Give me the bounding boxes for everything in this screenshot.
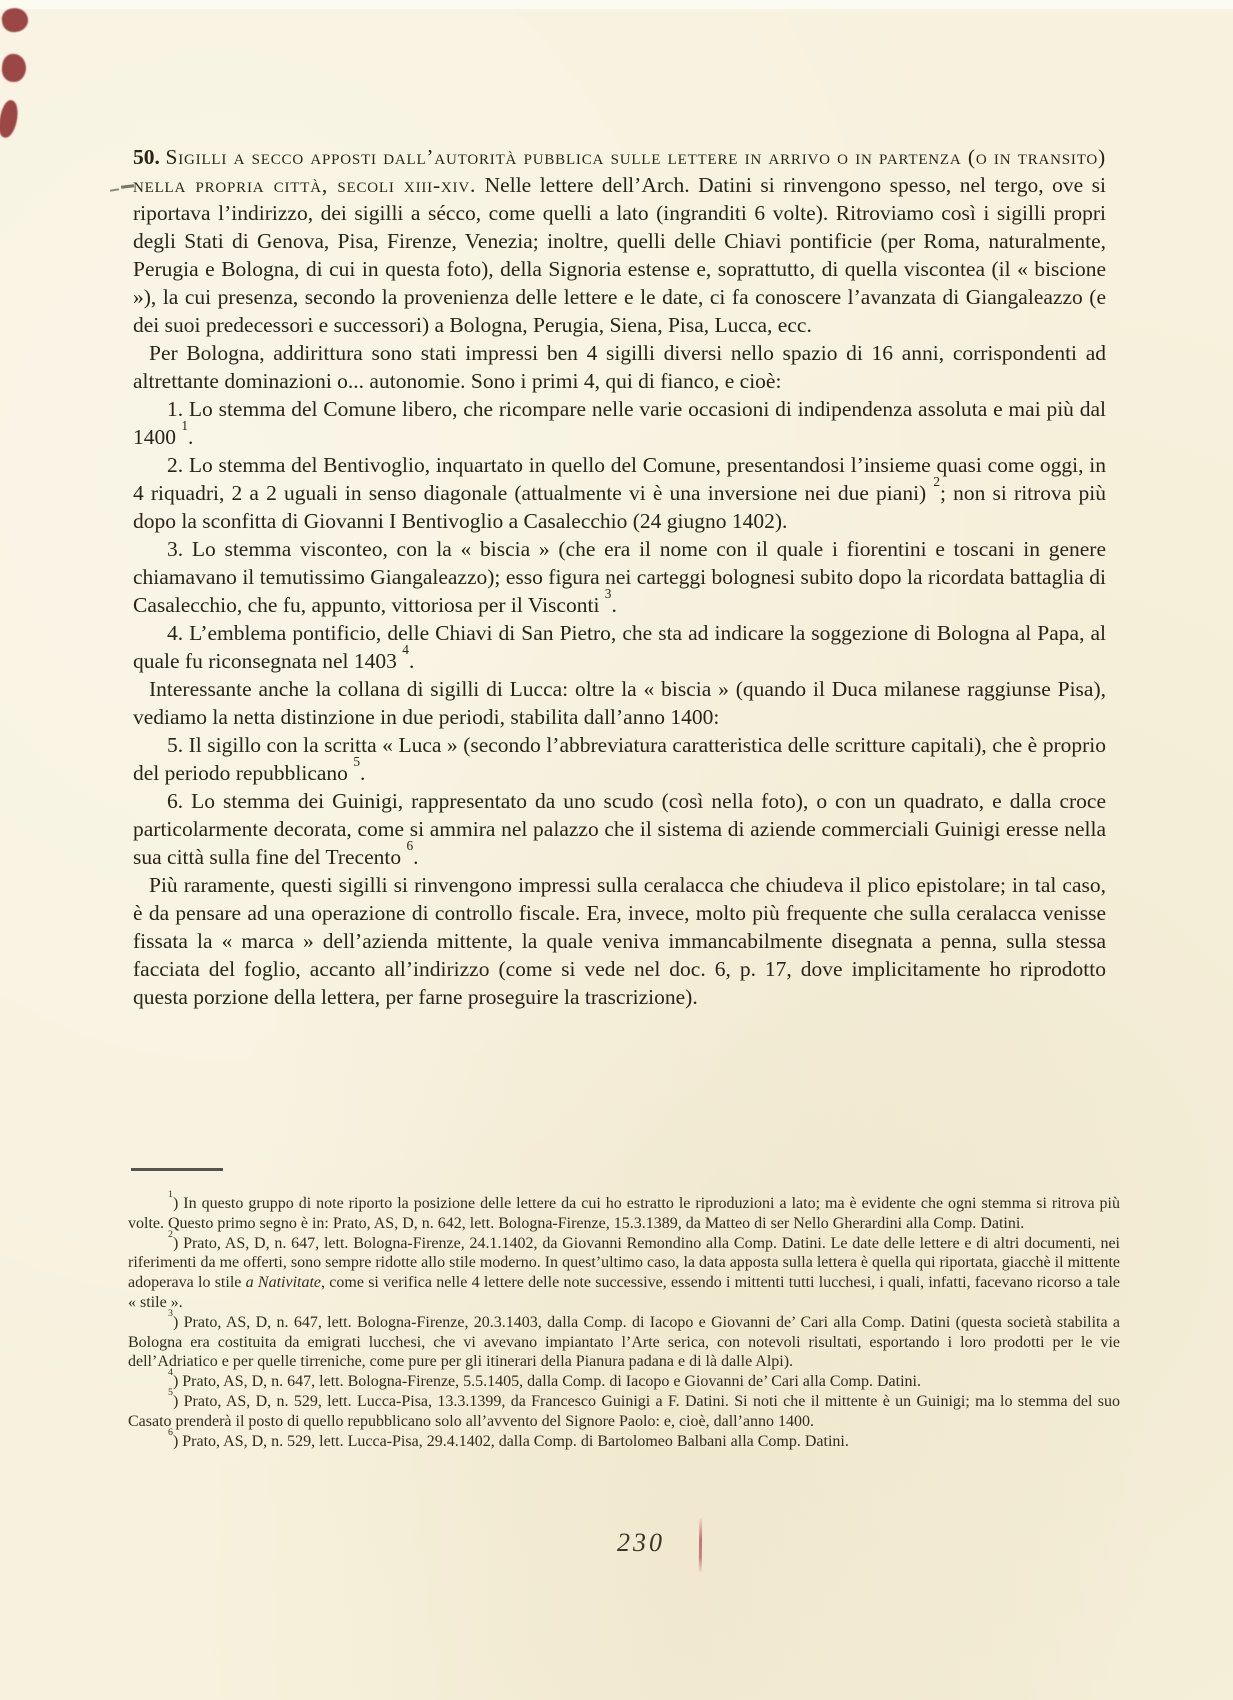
paragraph: Più raramente, questi sigilli si rinveng… <box>133 871 1106 1011</box>
footnote: 2) Prato, AS, D, n. 647, lett. Bologna-F… <box>128 1234 1120 1313</box>
footnotes: 1) In questo gruppo di note riporto la p… <box>128 1194 1120 1451</box>
paragraph: 5. Il sigillo con la scritta « Luca » (s… <box>133 731 1106 787</box>
paragraph: 6. Lo stemma dei Guinigi, rappresentato … <box>133 787 1106 871</box>
red-ink-mark <box>0 99 21 140</box>
paragraph: 3. Lo stemma visconteo, con la « biscia … <box>133 535 1106 619</box>
footnote-marker: 1 <box>168 1189 173 1200</box>
footnote-marker: 3 <box>168 1308 173 1319</box>
footnote: 4) Prato, AS, D, n. 647, lett. Bologna-F… <box>128 1372 1120 1392</box>
page-number: 230 <box>617 1528 665 1558</box>
footnote-separator <box>131 1168 223 1171</box>
red-ink-mark <box>1 53 28 83</box>
footnote-marker: 6 <box>168 1427 173 1438</box>
footnote: 3) Prato, AS, D, n. 647, lett. Bologna-F… <box>128 1313 1120 1372</box>
footnote: 6) Prato, AS, D, n. 529, lett. Lucca-Pis… <box>128 1432 1120 1452</box>
paragraph: 1. Lo stemma del Comune libero, che rico… <box>133 395 1106 451</box>
scanned-book-page: 50. Sigilli a secco apposti dall’autorit… <box>0 0 1233 1700</box>
red-ink-tick <box>699 1518 702 1572</box>
paragraph: Interessante anche la collana di sigilli… <box>133 675 1106 731</box>
footnote: 5) Prato, AS, D, n. 529, lett. Lucca-Pis… <box>128 1392 1120 1432</box>
paragraph: 50. Sigilli a secco apposti dall’autorit… <box>133 143 1106 339</box>
footnote-marker: 2 <box>168 1229 173 1240</box>
footnote-marker: 5 <box>168 1387 173 1398</box>
body-text: 50. Sigilli a secco apposti dall’autorit… <box>133 143 1106 1011</box>
paragraph: 4. L’emblema pontificio, delle Chiavi di… <box>133 619 1106 675</box>
footnote-marker: 4 <box>168 1367 173 1378</box>
paragraph: Per Bologna, addirittura sono stati impr… <box>133 339 1106 395</box>
paragraph: 2. Lo stemma del Bentivoglio, inquartato… <box>133 451 1106 535</box>
footnote: 1) In questo gruppo di note riporto la p… <box>128 1194 1120 1234</box>
red-ink-mark <box>0 6 30 34</box>
scan-top-edge <box>0 0 1233 9</box>
